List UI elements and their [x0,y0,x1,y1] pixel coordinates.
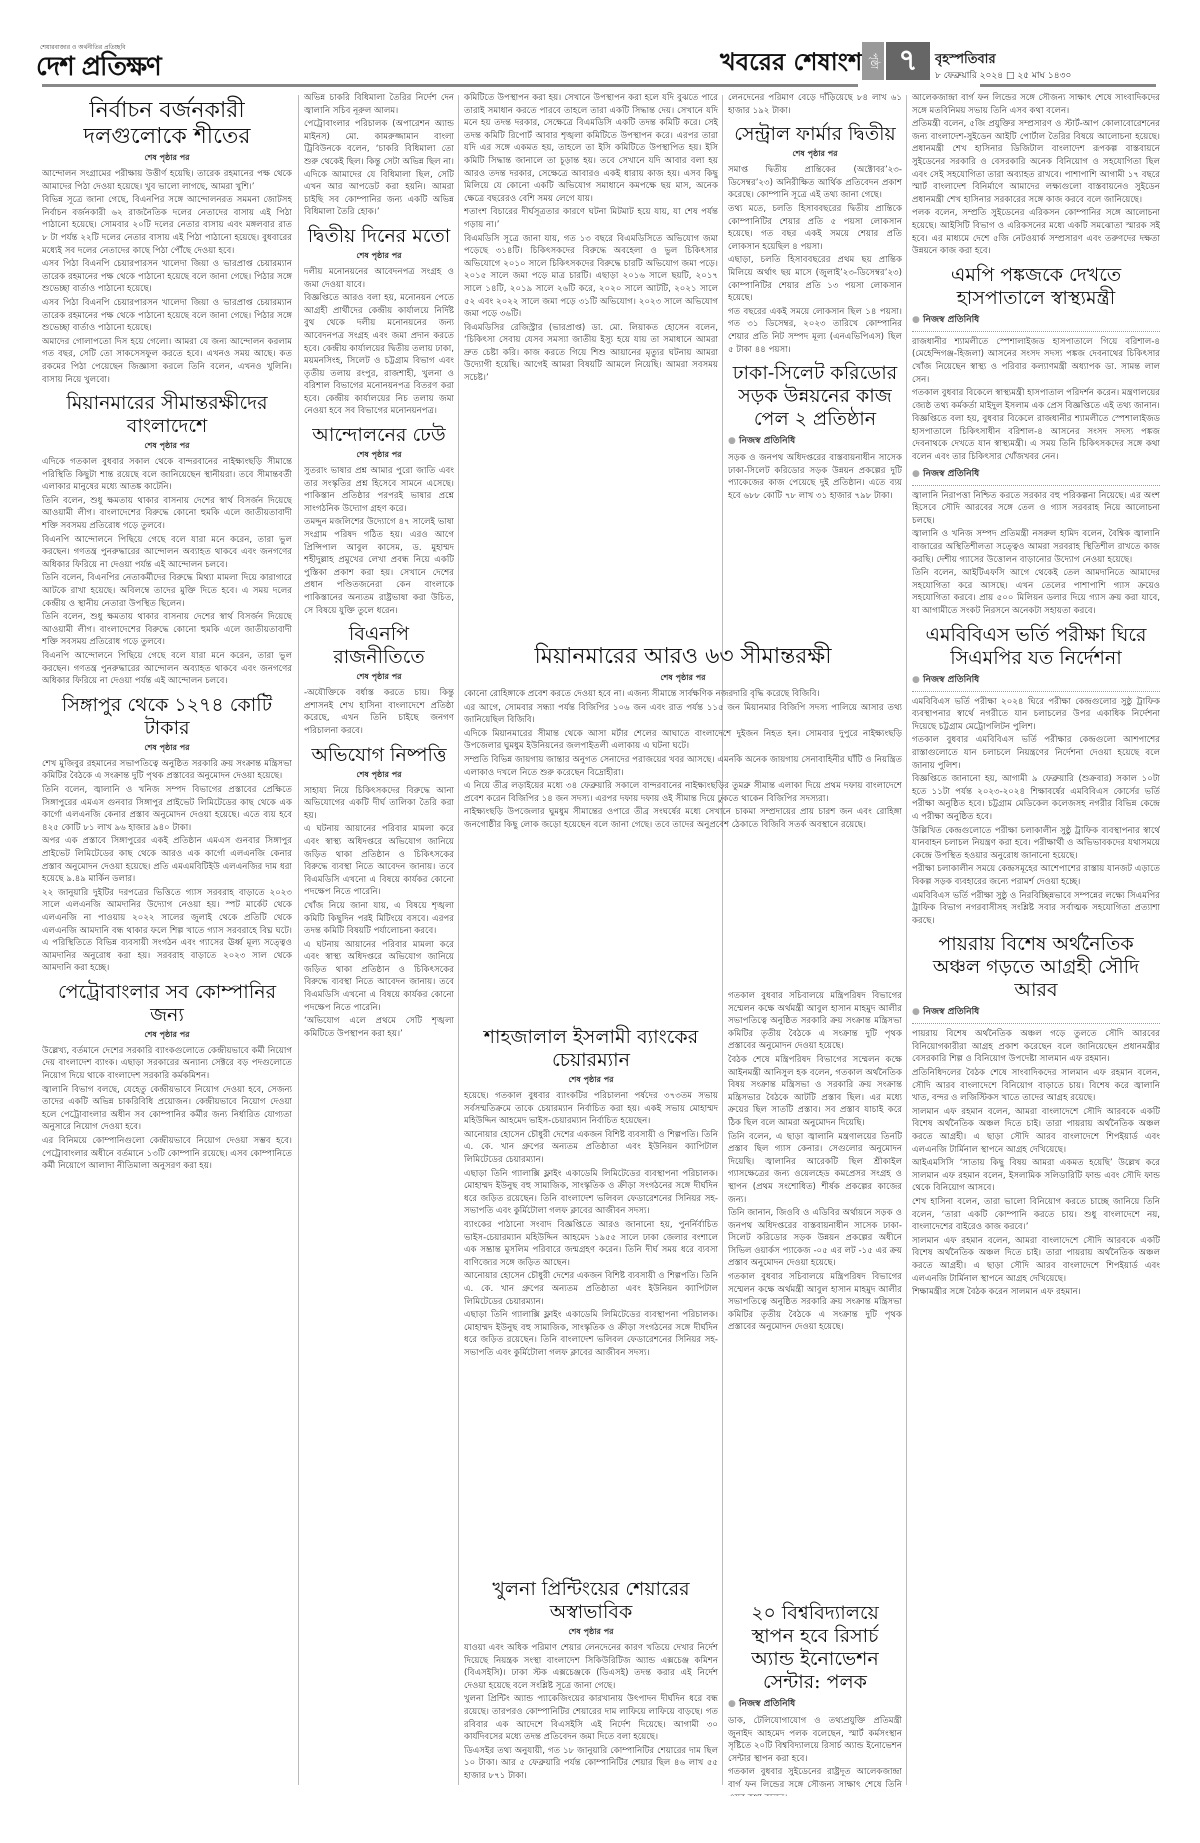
headline[interactable]: বিএনপি রাজনীতিতে [304,623,454,669]
article-body: রাজধানীর শ্যামলীতে স্পেশালাইজড হাসপাতালে… [912,336,1160,464]
byline-divider [912,691,1160,692]
article-body: সাহায্য নিয়ে চিকিৎসকদের বিরুদ্ধে আনা অভ… [304,785,454,1041]
article-body: উল্লেখ্য, বর্তমানে দেশের সরকারি ব্যাংকগু… [42,1045,292,1173]
article-oil-gas[interactable]: নিজস্ব প্রতিনিধি জ্বালানি নিরাপত্তা নিশ্… [912,466,1160,618]
logo-tagline: শেয়ারবাজার ও অর্থনীতির প্রতিচ্ছবি [40,44,161,52]
headline[interactable]: পেট্রোবাংলার সব কোম্পানির জন্য [42,981,292,1027]
column-5: আলেকজান্দ্রা বার্গ ফন লিন্ডের সঙ্গে সৌজন… [912,92,1160,1797]
column-divider [906,95,907,1785]
article-mbbs[interactable]: এমবিবিএস ভর্তি পরীক্ষা ঘিরে সিএমপির যত ন… [912,624,1160,928]
article-complaint[interactable]: অভিযোগ নিষ্পত্তি শেষ পৃষ্ঠার পর সাহায্য … [304,744,454,1041]
headline[interactable]: দ্বিতীয় দিনের মতো [304,225,454,248]
byline-divider [912,1023,1160,1024]
jump-label: শেষ পৃষ্ঠার পর [464,1626,718,1639]
article-body-chakri: অভিন্ন চাকরি বিধিমালা তৈরির নির্দেশ দেন … [304,92,454,219]
article-movement[interactable]: আন্দোলনের ঢেউ শেষ পৃষ্ঠার পর সুতরাং ভাষা… [304,424,454,617]
jump-label: শেষ পৃষ্ঠার পর [304,250,454,263]
article-body-bmdc: কমিটিতে উপস্থাপন করা হয়। সেখানে উপস্থাপ… [464,92,718,385]
logo-name: দেশ প্রতিক্ষণ [36,52,161,82]
article-body: কোনো রোহিঙ্গাকে প্রবেশ করতে দেওয়া হবে ন… [464,688,902,832]
article-health-minister[interactable]: এমপি পঙ্কজকে দেখতে হাসপাতালে স্বাস্থ্যমন… [912,264,1160,464]
article-body: ডাক, টেলিযোগাযোগ ও তথ্যপ্রযুক্তি প্রতিমন… [728,1715,902,1796]
newspaper-logo[interactable]: শেয়ারবাজার ও অর্থনীতির প্রতিচ্ছবি দেশ প… [36,44,161,82]
publish-date: ৮ ফেব্রুয়ারি ২০২৪ □ ২৫ মাঘ ১৪৩০ [935,68,1071,83]
byline: নিজস্ব প্রতিনিধি [912,312,1160,327]
headline[interactable]: এমবিবিএস ভর্তি পরীক্ষা ঘিরে সিএমপির যত ন… [912,624,1160,670]
column-divider [458,95,459,1785]
article-body: সুতরাং ভাষার প্রশ্ন আমার পুরো জাতি এবং ত… [304,465,454,617]
article-body: জ্বালানি নিরাপত্তা নিশ্চিত করতে সরকার বহ… [912,490,1160,618]
jump-label: শেষ পৃষ্ঠার পর [42,1029,292,1042]
article-corridor[interactable]: ঢাকা-সিলেট করিডোর সড়ক উন্নয়নের কাজ পেল… [728,362,902,502]
headline[interactable]: সেন্ট্রাল ফার্মার দ্বিতীয় [728,123,902,146]
column-4: লেনদেনের পরিমাণ বেড়ে দাঁড়িয়েছে ৮৪ লাখ… [728,92,902,637]
jump-label: শেষ পৃষ্ঠার পর [304,671,454,684]
headline[interactable]: শাহজালাল ইসলামী ব্যাংকের চেয়ারম্যান [464,1026,718,1072]
article-body: এমবিবিএস ভর্তি পরীক্ষা ২০২৪ ঘিরে পরীক্ষা… [912,696,1160,928]
article-bnp[interactable]: বিএনপি রাজনীতিতে শেষ পৃষ্ঠার পর -অযৌক্তি… [304,623,454,737]
byline: নিজস্ব প্রতিনিধি [912,672,1160,687]
header-rule-right [980,84,1156,87]
headline[interactable]: সিঙ্গাপুর থেকে ১২৭৪ কোটি টাকার [42,694,292,740]
article-second-day[interactable]: দ্বিতীয় দিনের মতো শেষ পৃষ্ঠার পর দলীয় … [304,225,454,418]
jump-label: শেষ পৃষ্ঠার পর [304,769,454,782]
header-rule-left [42,84,858,87]
column-4-lower: গতকাল বুধবার সচিবালয়ে মন্ত্রিপরিষদ বিভা… [728,990,902,1590]
column-1: নির্বাচন বর্জনকারী দলগুলোকে শীতের শেষ পৃ… [42,92,292,1792]
article-shahjalal[interactable]: শাহজালাল ইসলামী ব্যাংকের চেয়ারম্যান শেষ… [464,1020,718,1590]
jump-label: শেষ পৃষ্ঠার পর [464,672,902,685]
article-body: পায়রায় বিশেষ অর্থনৈতিক অঞ্চল গড়ে তুলত… [912,1028,1160,1298]
article-body: দলীয় মনোনয়নের আবেদনপত্র সংগ্রহ ও জমা দ… [304,266,454,418]
headline[interactable]: মিয়ানমারের সীমান্তরক্ষীদের বাংলাদেশে [42,392,292,438]
article-central-pharma[interactable]: সেন্ট্রাল ফার্মার দ্বিতীয় শেষ পৃষ্ঠার প… [728,123,902,356]
article-body: যাওয়া এবং অধিক পরিমাণ শেয়ার লেনদেনের ক… [464,1642,718,1783]
byline: নিজস্ব প্রতিনিধি [728,1696,902,1711]
headline[interactable]: ঢাকা-সিলেট করিডোর সড়ক উন্নয়নের কাজ পেল… [728,362,902,431]
jump-label: শেষ পৃষ্ঠার পর [42,440,292,453]
headline[interactable]: আন্দোলনের ঢেউ [304,424,454,447]
article-body-corridor-cont: গতকাল বুধবার সচিবালয়ে মন্ত্রিপরিষদ বিভা… [728,990,902,1334]
headline[interactable]: পায়রায় বিশেষ অর্থনৈতিক অঞ্চল গড়তে আগ্… [912,933,1160,1002]
jump-label: শেষ পৃষ্ঠার পর [42,742,292,755]
byline-divider [912,331,1160,332]
article-petrobangla[interactable]: পেট্রোবাংলার সব কোম্পানির জন্য শেষ পৃষ্ঠ… [42,981,292,1173]
byline: নিজস্ব প্রতিনিধি [728,433,902,448]
jump-label: শেষ পৃষ্ঠার পর [42,152,292,165]
page-label: পৃষ্ঠা [862,42,884,80]
article-body: এদিকে গতকাল বুধবার সকাল থেকে বান্দরবানের… [42,456,292,688]
column-3: কমিটিতে উপস্থাপন করা হয়। সেখানে উপস্থাপ… [464,92,718,682]
article-body: সড়ক ও জনপথ অধিদপ্তরের বাস্তবায়নাধীন সা… [728,452,902,502]
column-divider [298,95,299,1785]
jump-label: শেষ পৃষ্ঠার পর [464,1074,718,1087]
headline[interactable]: নির্বাচন বর্জনকারী দলগুলোকে শীতের [42,98,292,150]
article-body: শেখ মুজিবুর রহমানের সভাপতিত্বে অনুষ্ঠিত … [42,758,292,975]
column-2: অভিন্ন চাকরি বিধিমালা তৈরির নির্দেশ দেন … [304,92,454,1792]
article-body: হয়েছে। গতকাল বুধবার ব্যাংকটির পরিচালনা … [464,1090,718,1359]
headline[interactable]: মিয়ানমারের আরও ৬৩ সীমান্তরক্ষী [464,644,902,670]
headline[interactable]: এমপি পঙ্কজকে দেখতে হাসপাতালে স্বাস্থ্যমন… [912,264,1160,310]
article-winter-pitha[interactable]: নির্বাচন বর্জনকারী দলগুলোকে শীতের শেষ পৃ… [42,98,292,386]
article-body-sweden: আলেকজান্দ্রা বার্গ ফন লিন্ডের সঙ্গে সৌজন… [912,92,1160,258]
article-saudi[interactable]: পায়রায় বিশেষ অর্থনৈতিক অঞ্চল গড়তে আগ্… [912,933,1160,1298]
byline: নিজস্ব প্রতিনিধি [912,1004,1160,1019]
article-university[interactable]: ২০ বিশ্ববিদ্যালয়ে স্থাপন হবে রিসার্চ অ্… [728,1596,902,1796]
byline: নিজস্ব প্রতিনিধি [912,466,1160,481]
article-myanmar-guards[interactable]: মিয়ানমারের সীমান্তরক্ষীদের বাংলাদেশে শে… [42,392,292,688]
jump-label: শেষ পৃষ্ঠার পর [304,449,454,462]
article-body: সমাপ্ত দ্বিতীয় প্রান্তিকের (অক্টোবর’২৩-… [728,164,902,356]
article-khulna-printing[interactable]: খুলনা প্রিন্টিংয়ের শেয়ারের অস্বাভাবিক … [464,1572,718,1797]
article-body-intro: লেনদেনের পরিমাণ বেড়ে দাঁড়িয়েছে ৮৪ লাখ… [728,92,902,117]
headline[interactable]: অভিযোগ নিষ্পত্তি [304,744,454,767]
headline[interactable]: খুলনা প্রিন্টিংয়ের শেয়ারের অস্বাভাবিক [464,1578,718,1624]
page-number: ৭ [886,42,930,80]
jump-label: শেষ পৃষ্ঠার পর [728,148,902,161]
article-myanmar-63[interactable]: মিয়ানমারের আরও ৬৩ সীমান্তরক্ষী শেষ পৃষ্… [464,638,902,988]
article-body: আন্দোলন সংগ্রামের পরীক্ষায় উত্তীর্ণ হয়… [42,168,292,386]
masthead: শেয়ারবাজার ও অর্থনীতির প্রতিচ্ছবি দেশ প… [0,0,1200,80]
byline-divider [912,485,1160,486]
article-singapore-lng[interactable]: সিঙ্গাপুর থেকে ১২৭৪ কোটি টাকার শেষ পৃষ্ঠ… [42,694,292,975]
article-body: -অযৌক্তিকে বৰ্ধাস্ত করতে চায়। কিন্তু প্… [304,687,454,737]
section-title: খবরের শেষাংশ [720,44,862,84]
headline[interactable]: ২০ বিশ্ববিদ্যালয়ে স্থাপন হবে রিসার্চ অ্… [728,1602,902,1694]
